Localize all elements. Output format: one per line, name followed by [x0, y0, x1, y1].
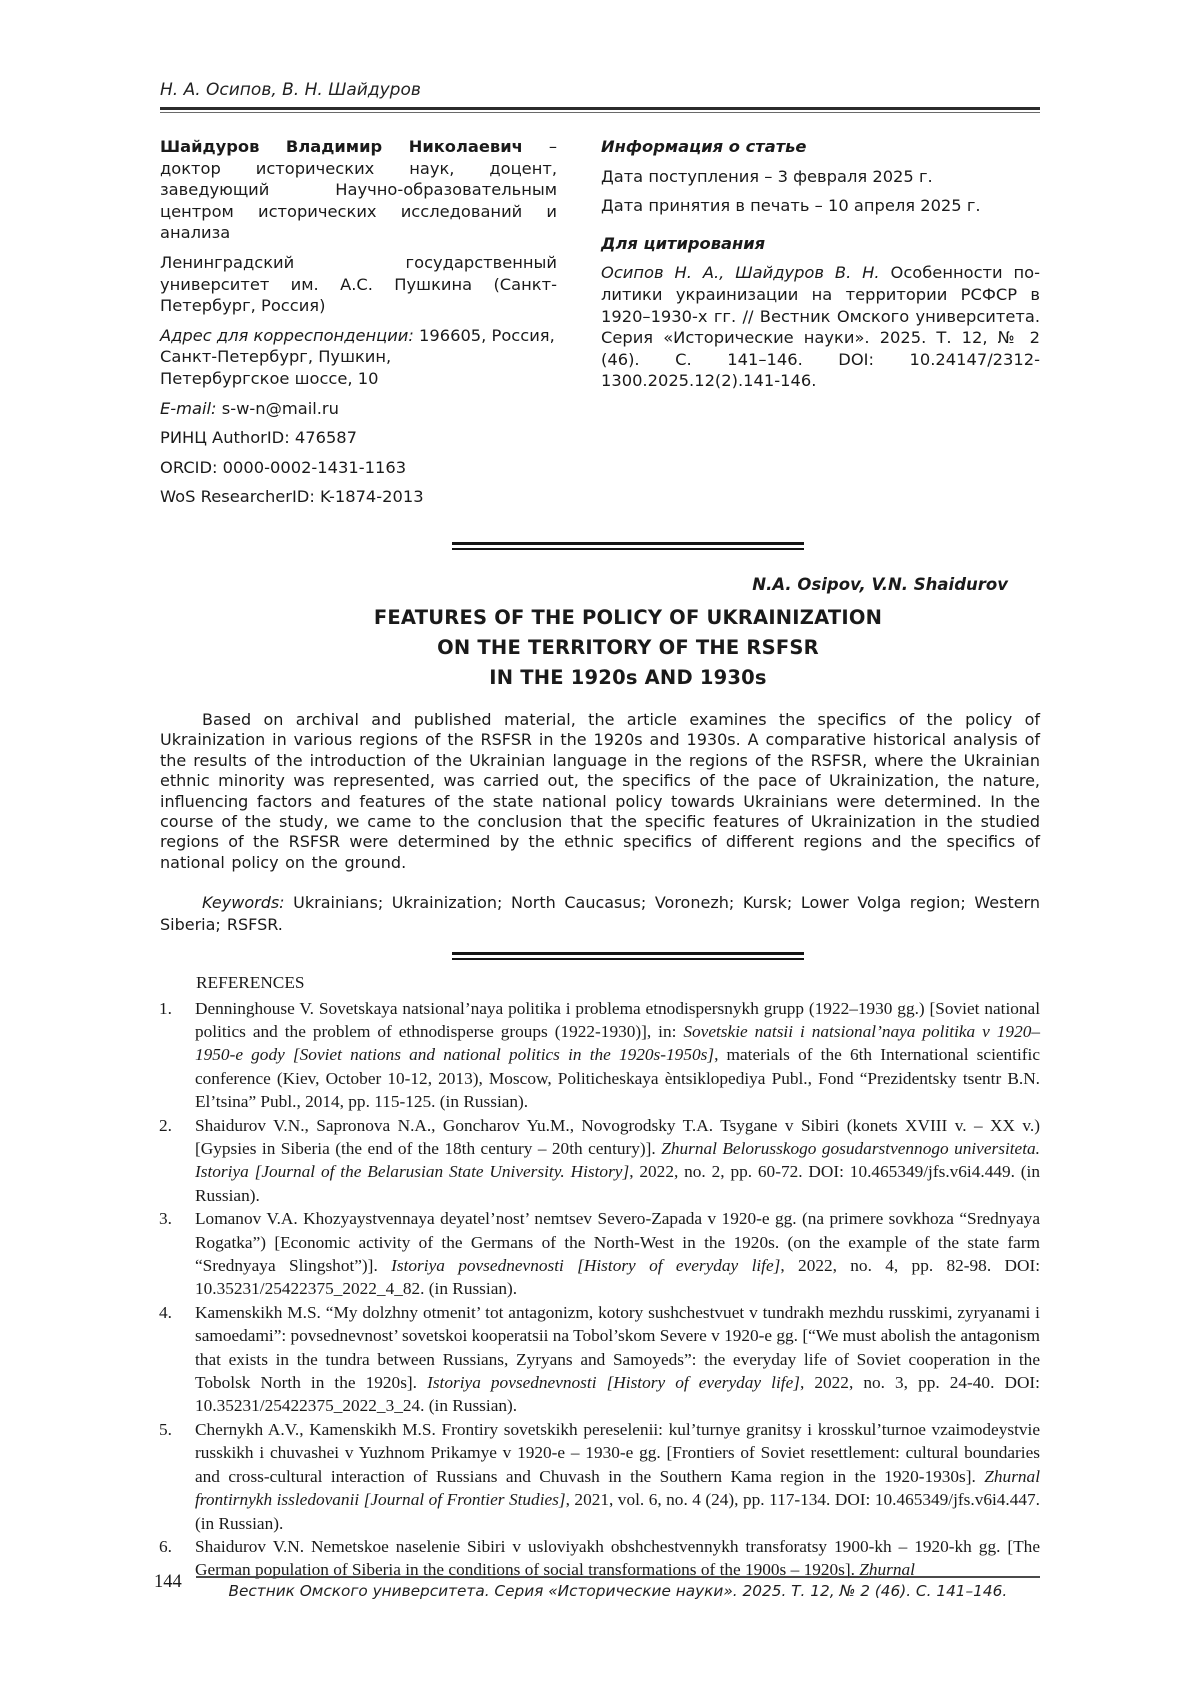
reference-item: 2. Shaidurov V.N., Sapronova N.A., Gonch…	[160, 1114, 1040, 1208]
reference-number: 4.	[159, 1301, 172, 1324]
article-info-column: Информация о статье Дата поступления – 3…	[601, 136, 1040, 516]
header-rule	[160, 107, 1040, 113]
page-footer: 144 Вестник Омского университета. Серия …	[128, 1576, 1040, 1600]
reference-text: Chernykh A.V., Kamenskikh M.S. Frontiry …	[195, 1420, 1040, 1533]
metadata-columns: Шайдуров Владимир Николаевич – доктор ис…	[160, 136, 1040, 516]
references-heading: REFERENCES	[160, 971, 1040, 994]
email-line: E-mail: s-w-n@mail.ru	[160, 398, 557, 420]
reference-number: 2.	[159, 1114, 172, 1137]
reference-text: Shaidurov V.N., Sapronova N.A., Goncharo…	[195, 1116, 1040, 1205]
reference-number: 3.	[159, 1207, 172, 1230]
page-number: 144	[128, 1572, 196, 1593]
abstract-paragraph: Based on archival and published material…	[160, 710, 1040, 873]
references-section: REFERENCES 1. Denninghouse V. Sovetskaya…	[160, 971, 1040, 1582]
affiliation: Ленинградский государственный университе…	[160, 252, 557, 317]
author-name-paragraph: Шайдуров Владимир Николаевич – доктор ис…	[160, 136, 557, 244]
article-title: FEATURES OF THE POLICY OF UKRAINIZATION …	[188, 603, 1068, 693]
reference-number: 1.	[159, 997, 172, 1020]
reference-number: 5.	[159, 1418, 172, 1441]
keywords-paragraph: Keywords: Ukrainians; Ukrainization; Nor…	[160, 892, 1040, 935]
footer-journal-line: Вестник Омского университета. Серия «Ист…	[196, 1576, 1040, 1600]
date-accepted: Дата принятия в печать – 10 апреля 2025 …	[601, 195, 1040, 217]
section-divider-top	[452, 542, 804, 550]
wos-researcher-id: WoS ResearcherID: K-1874-2013	[160, 486, 557, 508]
reference-item: 1. Denninghouse V. Sovetskaya natsional’…	[160, 997, 1040, 1114]
reference-item: 5. Chernykh A.V., Kamenskikh M.S. Fronti…	[160, 1418, 1040, 1535]
citation-heading: Для цитирования	[601, 233, 1040, 255]
rinc-author-id: РИНЦ AuthorID: 476587	[160, 427, 557, 449]
section-divider-references	[452, 952, 804, 960]
running-head: Н. А. Осипов, В. Н. Шайдуров	[160, 0, 1040, 100]
date-received: Дата поступления – 3 февраля 2025 г.	[601, 166, 1040, 188]
reference-number: 6.	[159, 1535, 172, 1558]
english-authors-line: N.A. Osipov, V.N. Shaidurov	[160, 575, 1040, 594]
journal-page: Н. А. Осипов, В. Н. Шайдуров Шайдуров Вл…	[0, 0, 1200, 1698]
citation-text: Осипов Н. А., Шайдуров В. Н. Особенности…	[601, 262, 1040, 392]
reference-text: Kamenskikh M.S. “My dolzhny otmenit’ tot…	[195, 1303, 1040, 1416]
reference-item: 6. Shaidurov V.N. Nemetskoe naselenie Si…	[160, 1535, 1040, 1582]
reference-item: 3. Lomanov V.A. Khozyaystvennaya deyatel…	[160, 1207, 1040, 1301]
reference-item: 4. Kamenskikh M.S. “My dolzhny otmenit’ …	[160, 1301, 1040, 1418]
reference-text: Lomanov V.A. Khozyaystvennaya deyatel’no…	[195, 1209, 1040, 1298]
title-line-1: FEATURES OF THE POLICY OF UKRAINIZATION	[188, 603, 1068, 633]
reference-text: Shaidurov V.N. Nemetskoe naselenie Sibir…	[195, 1537, 1040, 1579]
orcid-line: ORCID: 0000-0002-1431-1163	[160, 457, 557, 479]
article-info-heading: Информация о статье	[601, 136, 1040, 158]
author-column: Шайдуров Владимир Николаевич – доктор ис…	[160, 136, 557, 516]
reference-text: Denninghouse V. Sovetskaya natsional’nay…	[195, 999, 1040, 1112]
title-line-3: IN THE 1920s AND 1930s	[188, 663, 1068, 693]
correspondence-address: Адрес для корреспонденции: 196605, Росси…	[160, 325, 557, 390]
title-line-2: ON THE TERRITORY OF THE RSFSR	[188, 633, 1068, 663]
